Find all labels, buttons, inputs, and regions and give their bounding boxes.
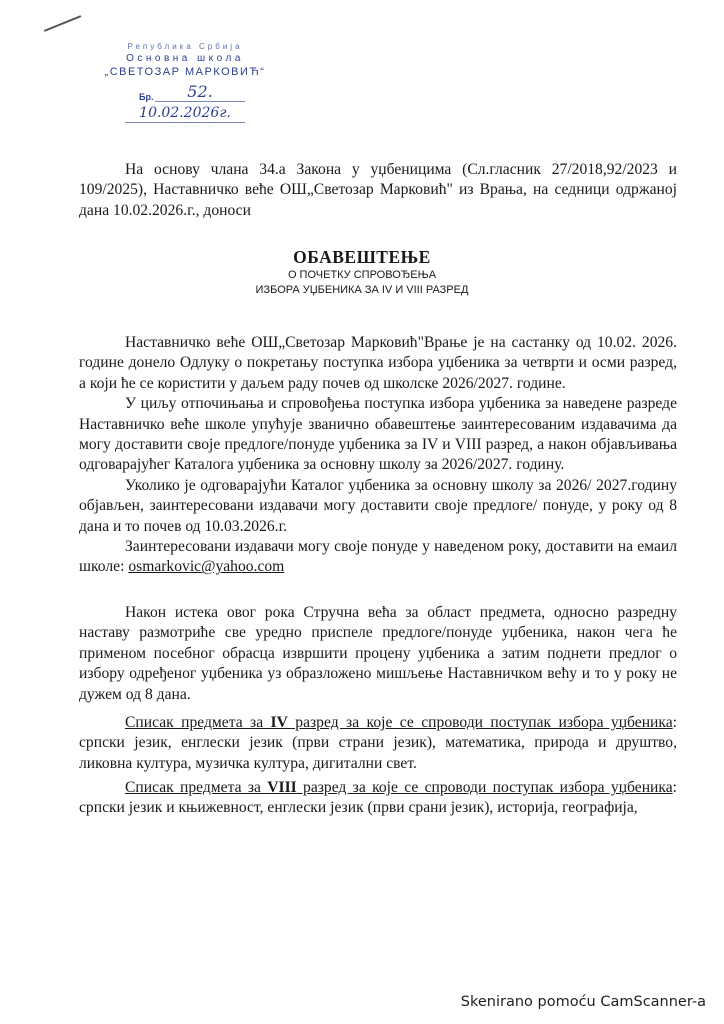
stamp-school-name: „СВЕТОЗАР МАРКОВИЋ“	[95, 66, 275, 78]
scanner-watermark: Skenirano pomoću CamScanner-a	[461, 994, 706, 1010]
body-section-2: Након истека овог рока Стручна већа за о…	[79, 603, 677, 705]
stamp-number-label: Бр.	[139, 92, 153, 102]
grade8-list-label: Списак предмета за VIII разред за које с…	[125, 779, 673, 796]
paragraph-review: Након истека овог рока Стручна већа за о…	[79, 603, 677, 705]
paragraph-catalog: Уколико је одговарајући Каталог уџбеника…	[79, 476, 677, 537]
paragraph-decision: Наставничко веће ОШ„Светозар Марковић"Вр…	[79, 333, 677, 394]
document-subtitle-2: ИЗБОРА УЏБЕНИКА ЗА IV И VIII РАЗРЕД	[0, 283, 724, 298]
grade4-subjects: Списак предмета за IV разред за које се …	[79, 713, 677, 774]
stamp-number-value: 52.	[155, 83, 245, 102]
document-title: ОБАВЕШТЕЊЕ	[0, 247, 724, 268]
stamp-school-type: Основна школа	[95, 53, 275, 64]
school-stamp: Република Србија Основна школа „СВЕТОЗАР…	[95, 42, 275, 78]
grade4-list-label: Списак предмета за IV разред за које се …	[125, 714, 673, 731]
paragraph-email: Заинтересовани издавачи могу своје понуд…	[79, 537, 677, 578]
paragraph-invitation: У циљу отпочињања и спровођења поступка …	[79, 394, 677, 476]
intro-paragraph: На основу члана 34.а Закона у уџбеницима…	[79, 160, 677, 221]
document-subtitle-1: О ПОЧЕТКУ СПРОВОЂЕЊА	[0, 268, 724, 283]
stamp-date-value: 10.02.2026г.	[125, 104, 245, 123]
email-link[interactable]: osmarkovic@yahoo.com	[128, 558, 284, 575]
grade8-subjects: Списак предмета за VIII разред за које с…	[79, 778, 677, 819]
stamp-faded-text: · · · ·	[173, 124, 214, 130]
grade8-subject-list: српски језик и књижевност, енглески јези…	[79, 799, 638, 816]
stamp-country: Република Србија	[95, 42, 275, 51]
document-heading: ОБАВЕШТЕЊЕ О ПОЧЕТКУ СПРОВОЂЕЊА ИЗБОРА У…	[0, 247, 724, 298]
grade4-subject-list: српски језик, енглески језик (први стран…	[79, 734, 677, 771]
body-section-1: Наставничко веће ОШ„Светозар Марковић"Вр…	[79, 333, 677, 578]
pen-mark	[44, 15, 82, 32]
